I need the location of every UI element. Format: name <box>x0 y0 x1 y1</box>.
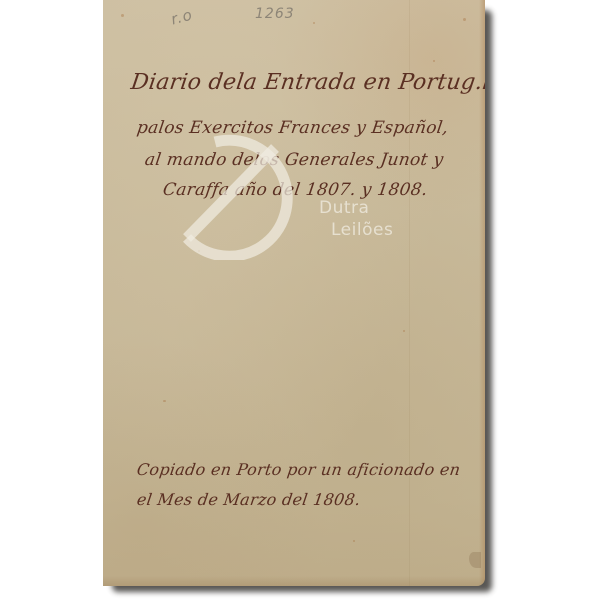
page-corner-damage <box>469 552 481 568</box>
foxing-spot <box>353 540 355 542</box>
pencil-catalog-number: 1263 <box>255 6 295 22</box>
manuscript-title-line-4: Caraffa año del 1807. y 1808. <box>162 180 429 200</box>
manuscript-page: r.o 1263 Diario dela Entrada en Portug.l… <box>103 0 485 586</box>
manuscript-footer-line-2: el Mes de Marzo del 1808. <box>136 490 362 509</box>
manuscript-title-line-2: palos Exercitos Frances y Español, <box>136 118 450 138</box>
manuscript-title-line-1: Diario dela Entrada en Portug.l <box>129 70 485 95</box>
foxing-spot <box>121 14 124 17</box>
manuscript-footer-line-1: Copiado en Porto por un aficionado en <box>136 460 462 479</box>
foxing-spot <box>313 22 315 24</box>
foxing-spot <box>198 250 200 252</box>
image-stage: r.o 1263 Diario dela Entrada en Portug.l… <box>0 0 600 600</box>
foxing-spot <box>463 18 466 21</box>
foxing-spot <box>163 400 166 402</box>
pencil-reference-mark: r.o <box>169 5 195 28</box>
foxing-spot <box>433 60 435 62</box>
foxing-spot <box>403 330 405 332</box>
manuscript-title-line-3: al mando delos Generales Junot y <box>144 150 445 170</box>
